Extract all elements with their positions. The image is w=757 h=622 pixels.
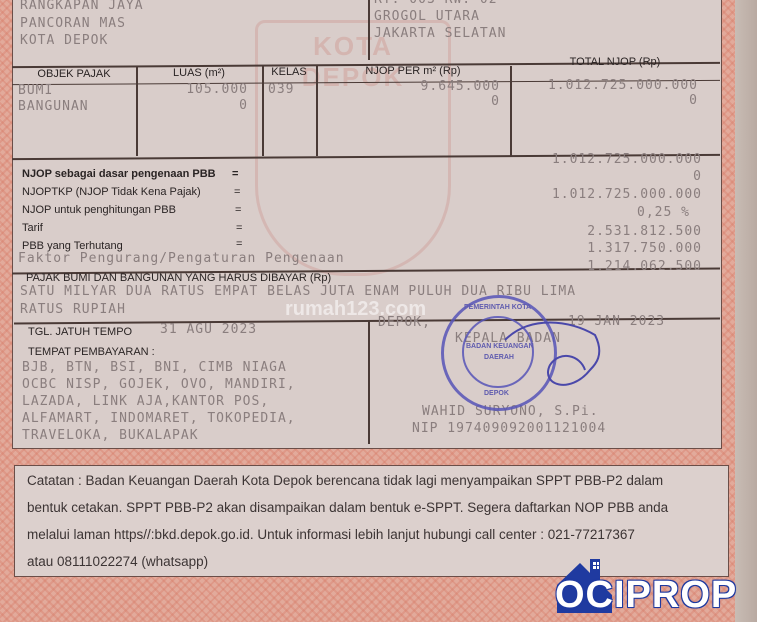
address-right-line-3: JAKARTA SELATAN — [374, 26, 506, 41]
address-left-line-1: RANGKAPAN JAYA — [20, 0, 144, 13]
ociprop-logo-text: OCIPROP — [555, 574, 737, 617]
equals-sign: = — [236, 238, 242, 250]
row-bangunan-luas: 0 — [140, 98, 248, 113]
payment-places-line-3: LAZADA, LINK AJA,KANTOR POS, — [22, 394, 269, 409]
calc-label-njop-dasar: NJOP sebagai dasar pengenaan PBB — [22, 168, 216, 180]
payable-label: PAJAK BUMI DAN BANGUNAN YANG HARUS DIBAY… — [26, 272, 331, 284]
row-bumi-objek: BUMI — [18, 83, 53, 98]
kota-depok-watermark-seal: KOTA DEPOK — [255, 20, 451, 276]
equals-sign: = — [234, 186, 240, 198]
equals-sign: = — [235, 204, 241, 216]
note-line-4: atau 08111022274 (whatsapp) — [27, 554, 208, 569]
col-header-njop-per-m2: NJOP PER m² (Rp) — [318, 65, 508, 77]
address-left-line-2: PANCORAN MAS — [20, 16, 126, 31]
calc-label-njop-hitung: NJOP untuk penghitungan PBB — [22, 204, 176, 216]
divider — [316, 66, 318, 156]
signature-scribble — [500, 310, 610, 400]
address-left-line-3: KOTA DEPOK — [20, 33, 108, 48]
payment-places-line-5: TRAVELOKA, BUKALAPAK — [22, 428, 199, 443]
faktor-value: 1.317.750.000 — [480, 241, 702, 256]
divider — [136, 66, 138, 156]
row-bangunan-njop-per-m2: 0 — [320, 94, 500, 109]
calc-value-tarif: 0,25 % — [480, 205, 690, 220]
calc-value-pbb-terhutang: 2.531.812.500 — [480, 224, 702, 239]
calc-label-njoptkp: NJOPTKP (NJOP Tidak Kena Pajak) — [22, 186, 201, 198]
payable-value: 1.214.062.500 — [480, 259, 702, 274]
divider — [368, 0, 370, 60]
equals-sign: = — [232, 168, 238, 180]
col-header-objek: OBJEK PAJAK — [14, 68, 134, 80]
col-header-luas: LUAS (m²) — [138, 67, 260, 79]
address-right-line-1: RT: 003 RW: 02 — [374, 0, 498, 7]
calc-value-njoptkp: 0 — [480, 169, 702, 184]
calc-value-njop-dasar: 1.012.725.000.000 — [480, 152, 702, 167]
calc-value-njop-hitung: 1.012.725.000.000 — [480, 187, 702, 202]
background-wall — [735, 0, 757, 622]
payable-words-line-2: RATUS RUPIAH — [20, 302, 126, 317]
signature-place: DEPOK, — [378, 315, 431, 330]
faktor-label: Faktor Pengurang/Pengaturan Pengenaan — [18, 251, 345, 266]
equals-sign: = — [236, 222, 242, 234]
note-line-2: bentuk cetakan. SPPT PBB-P2 akan disampa… — [27, 500, 668, 515]
divider — [262, 66, 264, 156]
col-header-total-njop: TOTAL NJOP (Rp) — [512, 56, 718, 68]
payment-places-line-2: OCBC NISP, GOJEK, OVO, MANDIRI, — [22, 377, 296, 392]
due-date-value: 31 AGU 2023 — [160, 322, 257, 337]
payment-places-line-1: BJB, BTN, BSI, BNI, CIMB NIAGA — [22, 360, 287, 375]
row-bangunan-objek: BANGUNAN — [18, 99, 89, 114]
row-bangunan-total: 0 — [512, 93, 698, 108]
note-line-1: Catatan : Badan Keuangan Daerah Kota Dep… — [27, 473, 663, 488]
row-bumi-njop-per-m2: 9.645.000 — [320, 79, 500, 94]
payment-places-label: TEMPAT PEMBAYARAN : — [28, 346, 155, 358]
divider — [368, 320, 370, 444]
calc-label-tarif: Tarif — [22, 222, 43, 234]
payment-places-line-4: ALFAMART, INDOMARET, TOKOPEDIA, — [22, 411, 296, 426]
row-bumi-total: 1.012.725.000.000 — [512, 78, 698, 93]
due-date-label: TGL. JATUH TEMPO — [28, 326, 132, 338]
address-right-line-2: GROGOL UTARA — [374, 9, 480, 24]
row-bumi-luas: 105.000 — [140, 82, 248, 97]
col-header-kelas: KELAS — [264, 66, 314, 78]
signature-nip: NIP 197409092001121004 — [412, 421, 606, 436]
note-line-3: melalui laman https//:bkd.depok.go.id. U… — [27, 527, 635, 542]
row-bumi-kelas: 039 — [268, 82, 294, 97]
